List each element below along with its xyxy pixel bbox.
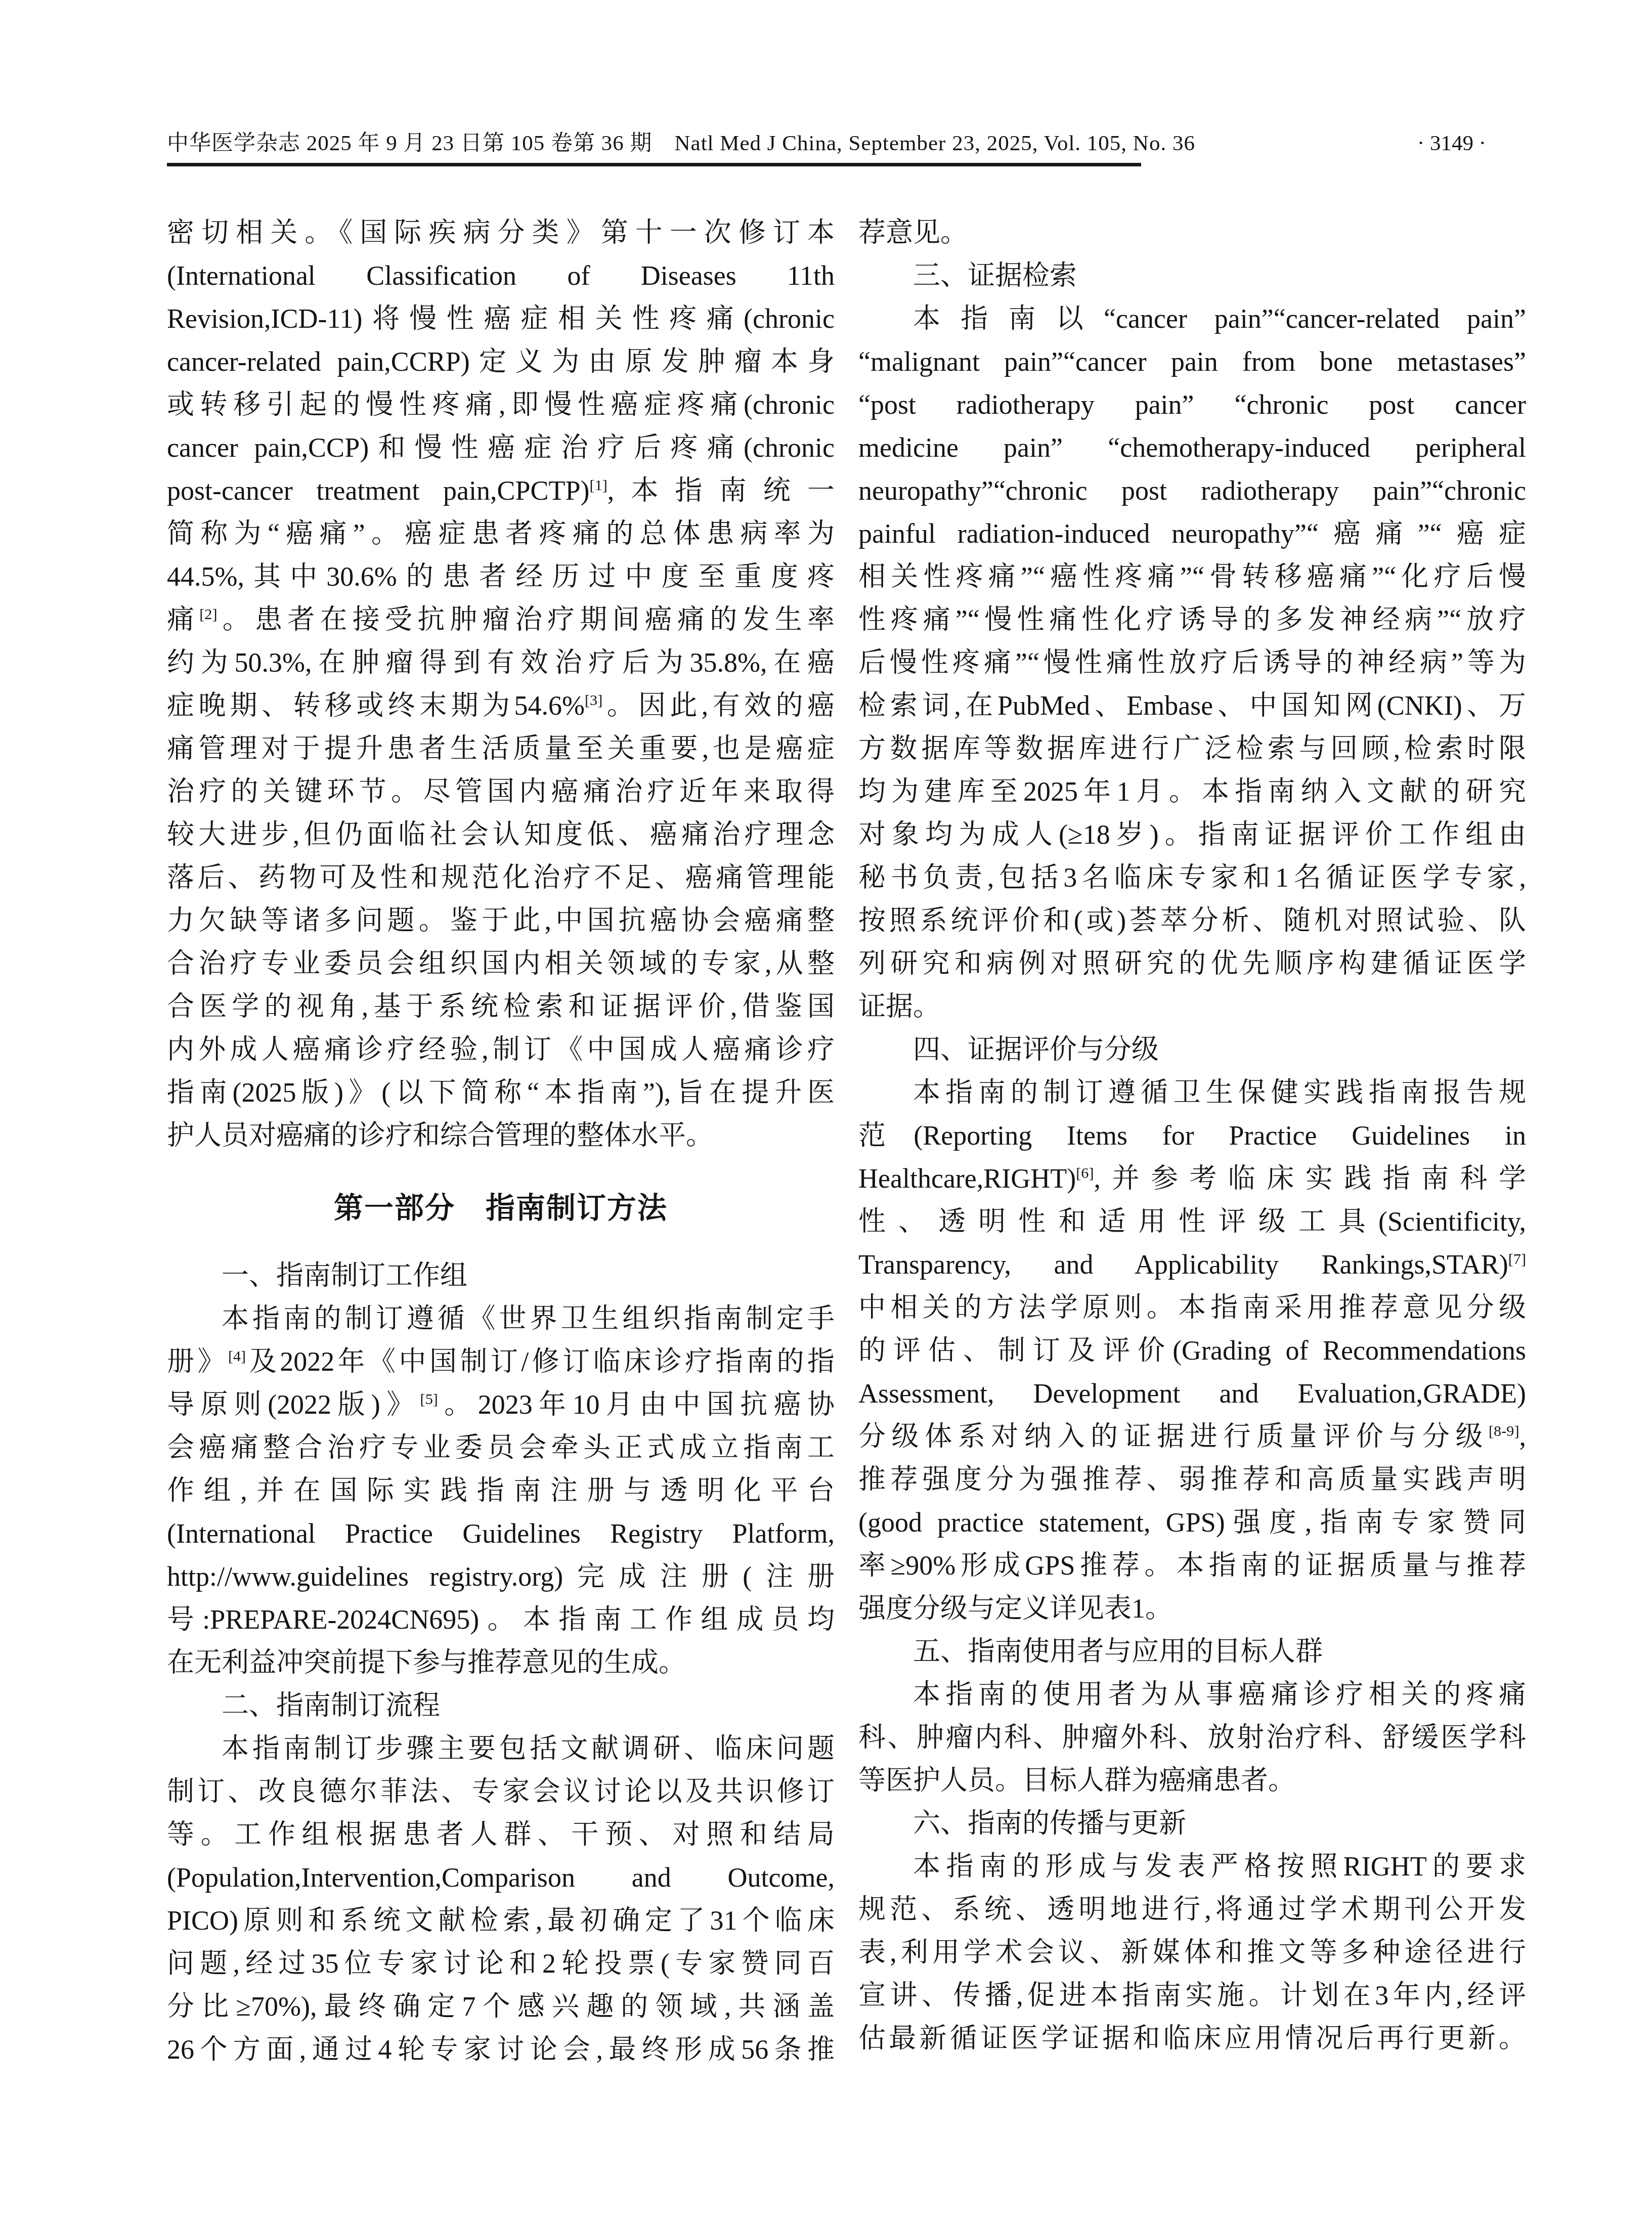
text-line: (good practice statement, GPS)强度,指南专家赞同 <box>858 1501 1526 1544</box>
text-line: 强度分级与定义详见表1。 <box>858 1587 1526 1630</box>
text-line: 合治疗专业委员会组织国内相关领域的专家,从整 <box>167 942 835 985</box>
text-line: neuropathy”“chronic post radiotherapy pa… <box>858 469 1526 512</box>
reference-superscript: [7] <box>1508 1250 1526 1268</box>
reference-superscript: [1] <box>590 476 607 494</box>
text-column-left: 密切相关。《国际疾病分类》第十一次修订本(International Class… <box>167 211 835 2071</box>
text-line: cancer pain,CCP)和慢性癌症治疗后疼痛(chronic <box>167 426 835 469</box>
section-title: 第一部分 指南制订方法 <box>167 1181 835 1235</box>
text-line: 后慢性疼痛”“慢性痛性放疗后诱导的神经病”等为 <box>858 641 1526 684</box>
reference-superscript: [8-9] <box>1489 1422 1519 1439</box>
text-line: “post radiotherapy pain” “chronic post c… <box>858 383 1526 426</box>
text-line: 列研究和病例对照研究的优先顺序构建循证医学 <box>858 942 1526 985</box>
text-line: (International Classification of Disease… <box>167 254 835 297</box>
text-line: 在无利益冲突前提下参与推荐意见的生成。 <box>167 1641 835 1684</box>
text-line: 指南(2025版)》(以下简称“本指南”),旨在提升医 <box>167 1071 835 1114</box>
text-line: 荐意见。 <box>858 211 1526 254</box>
text-line: PICO)原则和系统文献检索,最初确定了31个临床 <box>167 1899 835 1942</box>
text-line: 或转移引起的慢性疼痛,即慢性癌症疼痛(chronic <box>167 383 835 426</box>
running-head-journal-info: 中华医学杂志 2025 年 9 月 23 日第 105 卷第 36 期 Natl… <box>167 130 1141 157</box>
text-line: 范(Reporting Items for Practice Guideline… <box>858 1114 1526 1157</box>
text-line: 的评估、制订及评价(Grading of Recommendations <box>858 1329 1526 1372</box>
text-line: 本指南的形成与发表严格按照RIGHT的要求 <box>858 1845 1526 1888</box>
text-line: 方数据库等数据库进行广泛检索与回顾,检索时限 <box>858 727 1526 770</box>
text-line: cancer-related pain,CCRP)定义为由原发肿瘤本身 <box>167 340 835 383</box>
text-column-right: 荐意见。三、证据检索本指南以“cancer pain”“cancer-relat… <box>858 211 1526 2060</box>
text-line: 本指南以“cancer pain”“cancer-related pain” <box>858 297 1526 340</box>
text-line: 导原则(2022版)》[5]。2023年10月由中国抗癌协 <box>167 1383 835 1426</box>
text-line: 性疼痛”“慢性痛性化疗诱导的多发神经病”“放疗 <box>858 598 1526 641</box>
text-line: 分比≥70%),最终确定7个感兴趣的领域,共涵盖 <box>167 1985 835 2028</box>
text-line: 护人员对癌痛的诊疗和综合管理的整体水平。 <box>167 1114 835 1157</box>
text-line: 中相关的方法学原则。本指南采用推荐意见分级 <box>858 1286 1526 1329</box>
text-line: 秘书负责,包括3名临床专家和1名循证医学专家, <box>858 856 1526 899</box>
text-line: 合医学的视角,基于系统检索和证据评价,借鉴国 <box>167 985 835 1028</box>
text-line: 对象均为成人(≥18岁)。指南证据评价工作组由 <box>858 813 1526 856</box>
text-line: 按照系统评价和(或)荟萃分析、随机对照试验、队 <box>858 899 1526 942</box>
text-line: medicine pain” “chemotherapy-induced per… <box>858 426 1526 469</box>
text-line: 证据。 <box>858 985 1526 1028</box>
text-line: 科、肿瘤内科、肿瘤外科、放射治疗科、舒缓医学科 <box>858 1716 1526 1759</box>
text-line: 会癌痛整合治疗专业委员会牵头正式成立指南工 <box>167 1426 835 1469</box>
text-line: 册》[4]及2022年《中国制订/修订临床诊疗指南的指 <box>167 1340 835 1383</box>
text-line: 治疗的关键环节。尽管国内癌痛治疗近年来取得 <box>167 770 835 813</box>
text-line: 规范、系统、透明地进行,将通过学术期刊公开发 <box>858 1888 1526 1931</box>
text-line: http://www.guidelines registry.org)完成注册(… <box>167 1555 835 1598</box>
text-line: 44.5%,其中30.6%的患者经历过中度至重度疼 <box>167 555 835 598</box>
text-line: 三、证据检索 <box>858 254 1526 297</box>
text-line: 本指南的使用者为从事癌痛诊疗相关的疼痛 <box>858 1673 1526 1716</box>
text-line: 内外成人癌痛诊疗经验,制订《中国成人癌痛诊疗 <box>167 1028 835 1071</box>
reference-superscript: [2] <box>199 605 217 623</box>
text-line: 症晚期、转移或终末期为54.6%[3]。因此,有效的癌 <box>167 684 835 727</box>
text-line: 落后、药物可及性和规范化治疗不足、癌痛管理能 <box>167 856 835 899</box>
text-line: 估最新循证医学证据和临床应用情况后再行更新。 <box>858 2017 1526 2060</box>
text-line: 密切相关。《国际疾病分类》第十一次修订本 <box>167 211 835 254</box>
text-line: 性、透明性和适用性评级工具(Scientificity, <box>858 1200 1526 1243</box>
text-line: 较大进步,但仍面临社会认知度低、癌痛治疗理念 <box>167 813 835 856</box>
text-line: 表,利用学术会议、新媒体和推文等多种途径进行 <box>858 1931 1526 1974</box>
text-line: 痛管理对于提升患者生活质量至关重要,也是癌症 <box>167 727 835 770</box>
text-line: post-cancer treatment pain,CPCTP)[1],本指南… <box>167 469 835 512</box>
text-line: 作组,并在国际实践指南注册与透明化平台 <box>167 1469 835 1512</box>
text-line: 二、指南制订流程 <box>167 1684 835 1727</box>
reference-superscript: [4] <box>228 1347 246 1365</box>
text-line: 分级体系对纳入的证据进行质量评价与分级[8-9], <box>858 1415 1526 1458</box>
page-number: · 3149 · <box>1376 130 1528 157</box>
text-line: 等。工作组根据患者人群、干预、对照和结局 <box>167 1813 835 1856</box>
journal-page: 中华医学杂志 2025 年 9 月 23 日第 105 卷第 36 期 Natl… <box>0 0 1652 2225</box>
text-line: 五、指南使用者与应用的目标人群 <box>858 1630 1526 1673</box>
text-line: 率≥90%形成GPS推荐。本指南的证据质量与推荐 <box>858 1544 1526 1587</box>
text-line: 简称为“癌痛”。癌症患者疼痛的总体患病率为 <box>167 512 835 555</box>
text-line: painful radiation-induced neuropathy”“癌痛… <box>858 512 1526 555</box>
text-line: 约为50.3%,在肿瘤得到有效治疗后为35.8%,在癌 <box>167 641 835 684</box>
text-line: 均为建库至2025年1月。本指南纳入文献的研究 <box>858 770 1526 813</box>
text-line: Assessment, Development and Evaluation,G… <box>858 1372 1526 1415</box>
text-line: (Population,Intervention,Comparison and … <box>167 1856 835 1899</box>
text-line: 一、指南制订工作组 <box>167 1254 835 1297</box>
text-line: Healthcare,RIGHT)[6],并参考临床实践指南科学 <box>858 1157 1526 1200</box>
header-rule-divider <box>167 163 1141 166</box>
text-line: 检索词,在PubMed、Embase、中国知网(CNKI)、万 <box>858 684 1526 727</box>
text-line: 制订、改良德尔菲法、专家会议讨论以及共识修订 <box>167 1770 835 1813</box>
text-line: 推荐强度分为强推荐、弱推荐和高质量实践声明 <box>858 1458 1526 1501</box>
text-line: 本指南的制订遵循卫生保健实践指南报告规 <box>858 1071 1526 1114</box>
text-line: (International Practice Guidelines Regis… <box>167 1512 835 1555</box>
reference-superscript: [6] <box>1076 1164 1094 1182</box>
text-line: 痛[2]。患者在接受抗肿瘤治疗期间癌痛的发生率 <box>167 598 835 641</box>
text-line: 本指南的制订遵循《世界卫生组织指南制定手 <box>167 1297 835 1340</box>
text-line: 号:PREPARE-2024CN695)。本指南工作组成员均 <box>167 1598 835 1641</box>
reference-superscript: [3] <box>585 691 602 709</box>
text-line: 宣讲、传播,促进本指南实施。计划在3年内,经评 <box>858 1974 1526 2017</box>
text-line: Revision,ICD-11)将慢性癌症相关性疼痛(chronic <box>167 297 835 340</box>
text-line: 四、证据评价与分级 <box>858 1028 1526 1071</box>
text-line: 六、指南的传播与更新 <box>858 1802 1526 1845</box>
text-line: “malignant pain”“cancer pain from bone m… <box>858 340 1526 383</box>
text-line: 相关性疼痛”“癌性疼痛”“骨转移癌痛”“化疗后慢 <box>858 555 1526 598</box>
text-line: Transparency, and Applicability Rankings… <box>858 1243 1526 1286</box>
text-line: 问题,经过35位专家讨论和2轮投票(专家赞同百 <box>167 1942 835 1985</box>
reference-superscript: [5] <box>420 1390 438 1408</box>
text-line: 26个方面,通过4轮专家讨论会,最终形成56条推 <box>167 2028 835 2071</box>
text-line: 本指南制订步骤主要包括文献调研、临床问题 <box>167 1727 835 1770</box>
text-line: 等医护人员。目标人群为癌痛患者。 <box>858 1759 1526 1802</box>
text-line: 力欠缺等诸多问题。鉴于此,中国抗癌协会癌痛整 <box>167 899 835 942</box>
